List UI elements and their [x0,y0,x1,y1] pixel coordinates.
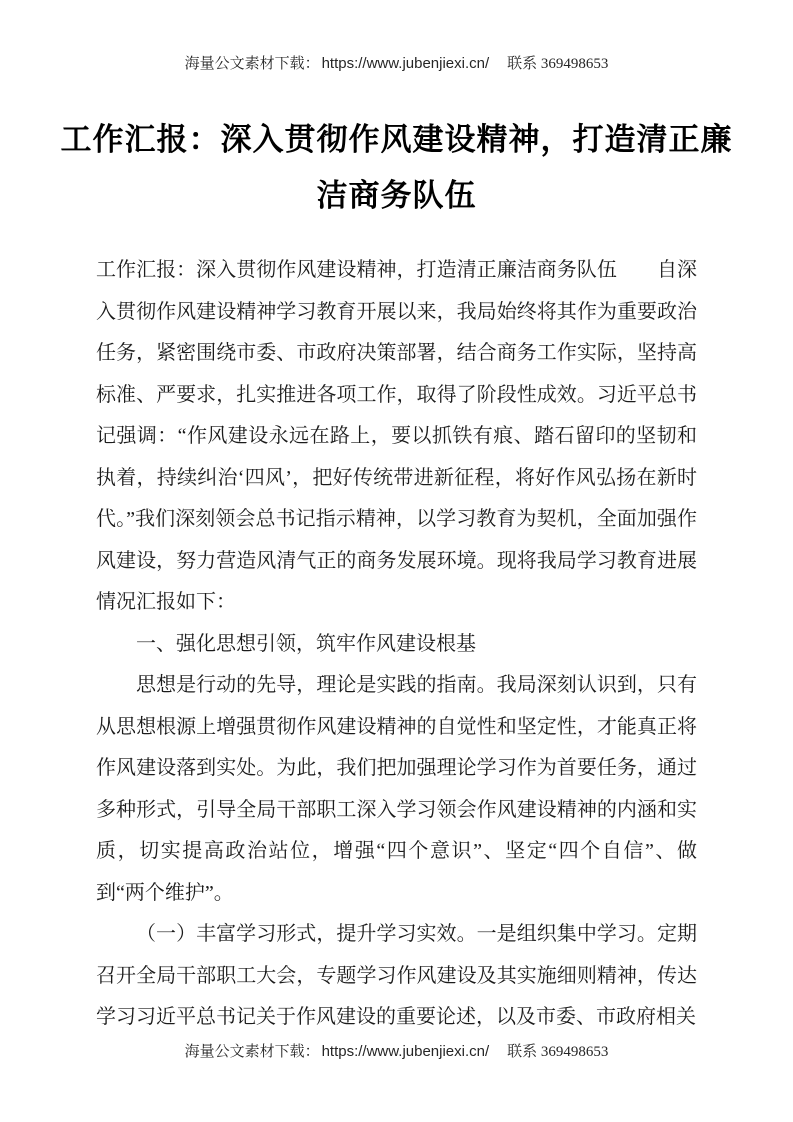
body-paragraph-ideology: 思想是行动的先导，理论是实践的指南。我局深刻认识到，只有从思想根源上增强贯彻作风… [96,665,697,914]
document-body: 工作汇报：深入贯彻作风建设精神，打造清正廉洁商务队伍 自深入贯彻作风建设精神学习… [96,250,697,1039]
watermark-contact: 联系 369498653 [507,1044,608,1060]
section-heading-1: 一、强化思想引领，筑牢作风建设根基 [96,624,697,666]
body-paragraph-study-forms: （一）丰富学习形式，提升学习实效。一是组织集中学习。定期召开全局干部职工大会，专… [96,914,697,1039]
watermark-prefix: 海量公文素材下载： [185,56,320,72]
body-paragraph-intro: 工作汇报：深入贯彻作风建设精神，打造清正廉洁商务队伍 自深入贯彻作风建设精神学习… [96,250,697,624]
watermark-contact: 联系 369498653 [507,56,608,72]
footer-watermark: 海量公文素材下载：https://www.jubenjiexi.cn/联系 36… [0,1040,793,1061]
document-page: 海量公文素材下载：https://www.jubenjiexi.cn/联系 36… [0,0,793,1122]
watermark-prefix: 海量公文素材下载： [185,1044,320,1060]
watermark-url: https://www.jubenjiexi.cn/ [322,1043,490,1060]
document-title: 工作汇报：深入贯彻作风建设精神，打造清正廉洁商务队伍 [58,112,735,224]
watermark-url: https://www.jubenjiexi.cn/ [322,55,490,72]
header-watermark: 海量公文素材下载：https://www.jubenjiexi.cn/联系 36… [0,52,793,73]
